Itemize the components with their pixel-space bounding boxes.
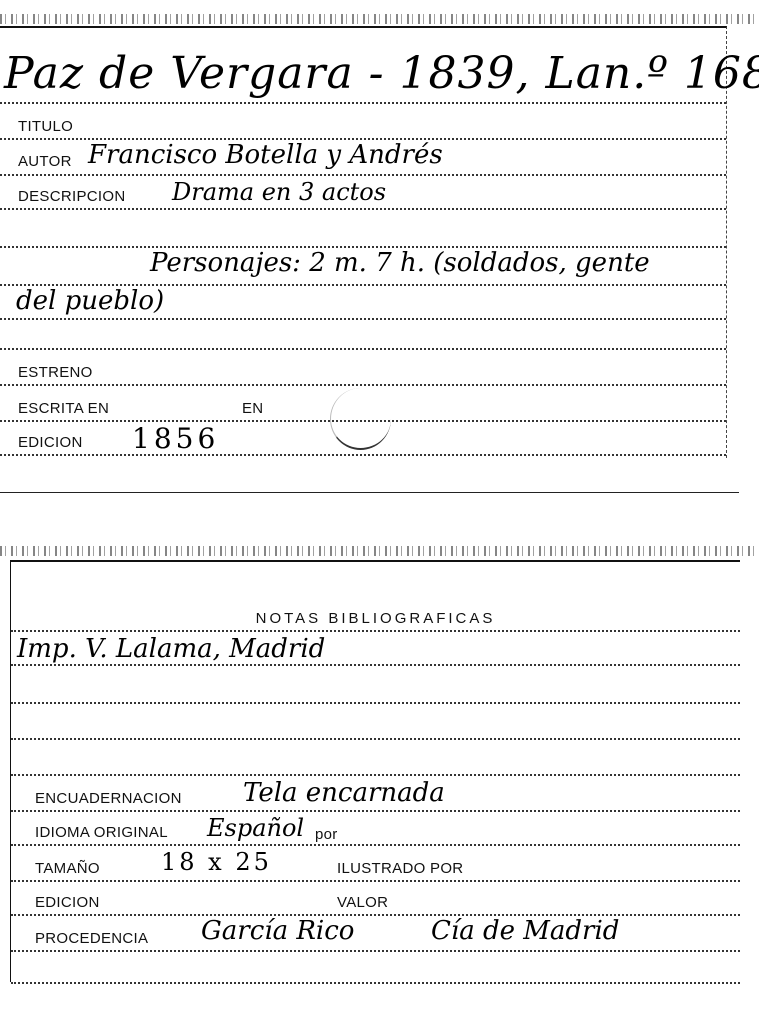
rule <box>11 810 740 812</box>
value-procedencia-2: Cía de Madrid <box>431 916 619 946</box>
rule <box>11 774 740 776</box>
rule <box>0 208 726 210</box>
rule <box>11 702 740 704</box>
scan-blot <box>330 388 391 450</box>
rule <box>0 384 726 386</box>
rule <box>11 880 740 882</box>
label-estreno: ESTRENO <box>18 364 93 381</box>
value-personajes-1: Personajes: 2 m. 7 h. (soldados, gente <box>150 248 650 278</box>
rule <box>0 454 726 456</box>
value-descripcion: Drama en 3 actos <box>172 178 386 206</box>
value-tamano: 18 x 25 <box>161 848 272 876</box>
label-autor: AUTOR <box>18 153 72 170</box>
label-valor: VALOR <box>337 894 388 911</box>
rule <box>0 348 726 350</box>
label-idioma-por: por <box>315 826 338 843</box>
label-edicion: EDICION <box>18 434 83 451</box>
rule <box>11 982 740 984</box>
rule <box>0 318 726 320</box>
scan-noise-middle <box>0 546 759 556</box>
label-escrita-en-lugar: EN <box>242 400 263 417</box>
notes-heading: NOTAS BIBLIOGRAFICAS <box>11 610 740 627</box>
value-personajes-2: del pueblo) <box>16 286 164 316</box>
value-idioma-original: Español <box>207 814 304 842</box>
rule <box>0 102 726 104</box>
rule <box>11 664 740 666</box>
value-encuadernacion: Tela encarnada <box>243 778 445 808</box>
label-descripcion: DESCRIPCION <box>18 188 125 205</box>
card-separator <box>0 492 739 493</box>
label-edicion-back: EDICION <box>35 894 100 911</box>
rule <box>11 950 740 952</box>
scan-noise-top <box>0 14 759 24</box>
rule <box>11 738 740 740</box>
handwritten-title: Paz de Vergara - 1839, Lan.º 1688 <box>4 48 759 99</box>
label-tamano: TAMAÑO <box>35 860 100 877</box>
label-titulo: TITULO <box>18 118 73 135</box>
value-edicion: 1856 <box>132 422 219 455</box>
value-procedencia: García Rico <box>201 916 354 946</box>
catalog-card-front: Paz de Vergara - 1839, Lan.º 1688 TITULO… <box>0 26 727 458</box>
catalog-card-back: NOTAS BIBLIOGRAFICAS Imp. V. Lalama, Mad… <box>10 560 740 982</box>
rule <box>11 844 740 846</box>
label-escrita-en: ESCRITA EN <box>18 400 109 417</box>
rule <box>11 630 740 632</box>
value-notes-1: Imp. V. Lalama, Madrid <box>17 634 325 664</box>
label-procedencia: PROCEDENCIA <box>35 930 148 947</box>
label-idioma-original: IDIOMA ORIGINAL <box>35 824 168 841</box>
label-ilustrado-por: ILUSTRADO POR <box>337 860 463 877</box>
rule <box>0 174 726 176</box>
rule <box>11 914 740 916</box>
label-encuadernacion: ENCUADERNACION <box>35 790 182 807</box>
value-autor: Francisco Botella y Andrés <box>88 140 443 170</box>
